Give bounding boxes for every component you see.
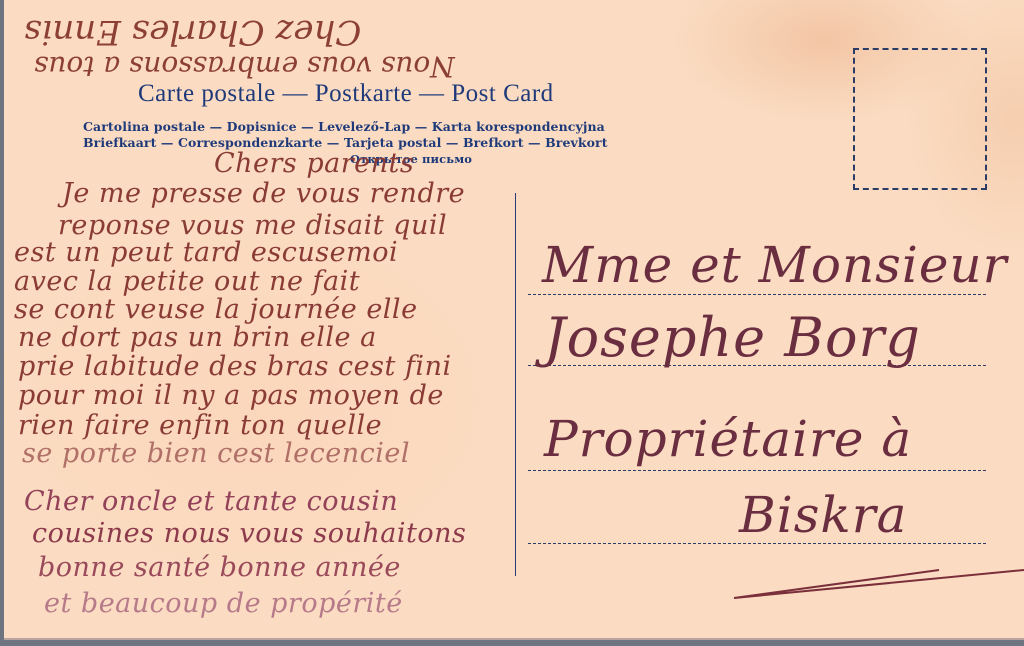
underline-flourish (729, 560, 1024, 600)
message-line: est un peut tard escusemoi (14, 237, 398, 268)
postcard-back: Chez Charles Ennis Nous vous embrassons … (4, 0, 1024, 640)
message-line: pour moi il ny a pas moyen de (18, 380, 444, 411)
upside-down-note-line1: Nous vous embrassons a tous (34, 50, 455, 83)
message-line: et beaucoup de propérité (44, 588, 403, 619)
message-line: Je me presse de vous rendre (62, 178, 465, 209)
address-line-3: Propriétaire à (544, 410, 912, 468)
message-line: rien faire enfin ton quelle (18, 410, 382, 441)
address-line-4: Biskra (739, 486, 907, 544)
message-line: cousines nous vous souhaitons (32, 518, 466, 549)
center-divider (515, 193, 516, 576)
address-rule-1 (528, 294, 986, 295)
message-line: Cher oncle et tante cousin (24, 486, 398, 517)
address-line-2: Josephe Borg (544, 306, 921, 369)
upside-down-note-line2: Chez Charles Ennis (24, 12, 361, 52)
message-line: se porte bien cest lecenciel (22, 438, 410, 469)
languages-line-1: Cartolina postale — Dopisnice — Levelező… (83, 119, 605, 134)
message-line: se cont veuse la journée elle (14, 294, 418, 325)
stamp-placeholder-box (853, 48, 987, 190)
postcard-title: Carte postale — Postkarte — Post Card (138, 80, 554, 108)
message-line: avec la petite out ne fait (14, 266, 360, 297)
message-line: ne dort pas un brin elle a (18, 322, 377, 353)
message-line: prie labitude des bras cest fini (18, 351, 452, 382)
address-rule-3 (528, 470, 986, 471)
address-line-1: Mme et Monsieur (542, 236, 1008, 294)
message-line: bonne santé bonne année (38, 552, 401, 583)
message-salutation: Chers parents (214, 148, 414, 179)
